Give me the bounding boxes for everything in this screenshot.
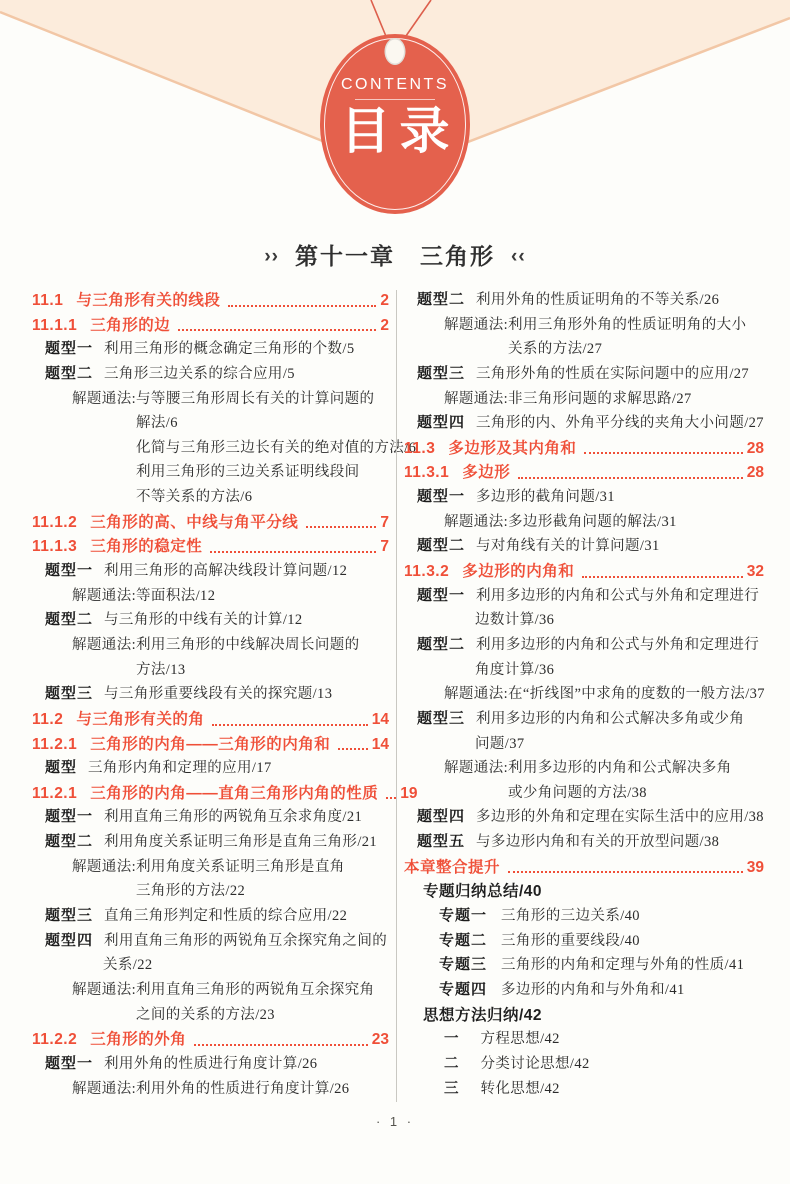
entry-label: 题型	[45, 756, 77, 777]
entry-label: 题型一	[45, 337, 93, 358]
entry-label: 专题二	[439, 929, 487, 950]
entry-text: 利用外角的性质证明角的不等关系/26	[476, 288, 719, 309]
entry-label: 题型三	[45, 682, 93, 703]
dotted-leader	[228, 305, 376, 307]
section-number: 11.3.1	[404, 464, 449, 482]
entry-text: 解题通法:非三角形问题的求解思路/27	[444, 387, 692, 408]
section-number: 11.2.1	[32, 736, 77, 754]
section-title: 与三角形有关的角	[76, 707, 204, 729]
entry-label: 题型二	[45, 362, 93, 383]
toc-entry: 解题通法:多边形截角问题的解法/31	[404, 510, 764, 535]
toc-entry: 不等关系的方法/6	[32, 485, 389, 510]
toc-entry: 题型四利用直角三角形的两锐角互余探究角之间的	[32, 929, 389, 954]
toc-entry: 解题通法:与等腰三角形周长有关的计算问题的	[32, 387, 389, 412]
section-title: 三角形的高、中线与角平分线	[90, 510, 298, 532]
contents-badge: CONTENTS 目录	[320, 34, 470, 214]
section-page-number: 23	[372, 1031, 389, 1049]
toc-entry: 题型三直角三角形判定和性质的综合应用/22	[32, 904, 389, 929]
dotted-leader	[212, 724, 367, 726]
section-number: 11.2	[32, 711, 63, 729]
toc-entry: 或少角问题的方法/38	[404, 781, 764, 806]
entry-text: 与三角形的中线有关的计算/12	[104, 608, 303, 629]
dotted-leader	[584, 452, 742, 454]
section-title: 三角形的内角——直角三角形内角的性质	[90, 781, 378, 803]
entry-text: 利用多边形的内角和公式解决多角或少角	[476, 707, 744, 728]
entry-text: 与对角线有关的计算问题/31	[476, 534, 660, 555]
entry-text: 与多边形内角和有关的开放型问题/38	[476, 830, 719, 851]
section-page-number: 7	[380, 538, 389, 556]
toc-entry: 题型二三角形三边关系的综合应用/5	[32, 362, 389, 387]
entry-text: 解题通法:多边形截角问题的解法/31	[444, 510, 677, 531]
entry-text: 利用三角形的概念确定三角形的个数/5	[104, 337, 354, 358]
toc-entry: 解题通法:利用多边形的内角和公式解决多角	[404, 756, 764, 781]
entry-label: 一	[444, 1027, 459, 1048]
toc-columns: 11.1与三角形有关的线段211.1.1三角形的边2题型一利用三角形的概念确定三…	[32, 288, 764, 1102]
entry-text: 解题通法:利用角度关系证明三角形是直角	[72, 855, 345, 876]
entry-text: 关系的方法/27	[508, 337, 602, 358]
chapter-left-mark-icon: ››	[264, 246, 279, 267]
entry-label: 三	[444, 1077, 459, 1098]
toc-section: 11.3多边形及其内角和28	[404, 436, 764, 461]
entry-label: 题型一	[417, 485, 465, 506]
entry-label: 题型五	[417, 830, 465, 851]
section-page-number: 32	[747, 563, 764, 581]
entry-label: 题型三	[45, 904, 93, 925]
badge-hole-icon	[385, 38, 406, 65]
column-divider	[396, 290, 397, 1102]
toc-section: 11.3.1多边形28	[404, 460, 764, 485]
chapter-heading: ››第十一章 三角形‹‹	[0, 238, 790, 271]
entry-label: 题型二	[45, 608, 93, 629]
entry-text: 多边形的外角和定理在实际生活中的应用/38	[476, 805, 764, 826]
toc-entry: 之间的关系的方法/23	[32, 1003, 389, 1028]
section-title: 本章整合提升	[404, 855, 500, 877]
entry-text: 方法/13	[136, 658, 186, 679]
entry-label: 专题一	[439, 904, 487, 925]
entry-label: 题型一	[45, 559, 93, 580]
entry-text: 解题通法:利用直角三角形的两锐角互余探究角	[72, 978, 374, 999]
entry-text: 关系/22	[103, 953, 153, 974]
entry-text: 利用直角三角形的两锐角互余探究角之间的	[104, 929, 387, 950]
section-number: 11.1.2	[32, 514, 77, 532]
toc-entry: 题型一利用三角形的高解决线段计算问题/12	[32, 559, 389, 584]
entry-label: 专题四	[439, 978, 487, 999]
section-number: 11.3.2	[404, 563, 449, 581]
entry-label: 题型一	[45, 805, 93, 826]
dotted-leader	[386, 797, 396, 799]
toc-entry: 题型四三角形的内、外角平分线的夹角大小问题/27	[404, 411, 764, 436]
entry-text: 利用多边形的内角和公式与外角和定理进行	[476, 584, 759, 605]
toc-entry: 题型二利用角度关系证明三角形是直角三角形/21	[32, 830, 389, 855]
section-title: 三角形的边	[90, 313, 170, 335]
dotted-leader	[582, 576, 742, 578]
entry-text: 三角形三边关系的综合应用/5	[104, 362, 295, 383]
entry-text: 分类讨论思想/42	[481, 1052, 590, 1073]
entry-text: 利用三角形的高解决线段计算问题/12	[104, 559, 347, 580]
section-title: 多边形	[462, 460, 510, 482]
toc-entry: 题型三角形内角和定理的应用/17	[32, 756, 389, 781]
toc-entry: 解题通法:利用直角三角形的两锐角互余探究角	[32, 978, 389, 1003]
dotted-leader	[210, 551, 376, 553]
entry-label: 题型二	[417, 288, 465, 309]
entry-text: 解题通法:与等腰三角形周长有关的计算问题的	[72, 387, 374, 408]
entry-text: 化简与三角形三边长有关的绝对值的方法/6	[136, 436, 416, 457]
entry-label: 题型四	[417, 411, 465, 432]
badge-divider	[355, 99, 435, 100]
toc-entry: 问题/37	[404, 732, 764, 757]
toc-entry: 题型一利用直角三角形的两锐角互余求角度/21	[32, 805, 389, 830]
entry-text: 方程思想/42	[481, 1027, 560, 1048]
toc-entry: 题型一多边形的截角问题/31	[404, 485, 764, 510]
entry-text: 解题通法:利用外角的性质进行角度计算/26	[72, 1077, 349, 1098]
toc-entry: 题型二与三角形的中线有关的计算/12	[32, 608, 389, 633]
toc-entry: 边数计算/36	[404, 608, 764, 633]
toc-entry: 题型二利用多边形的内角和公式与外角和定理进行	[404, 633, 764, 658]
entry-label: 题型四	[45, 929, 93, 950]
toc-entry: 解法/6	[32, 411, 389, 436]
dotted-leader	[178, 329, 376, 331]
toc-section: 11.1与三角形有关的线段2	[32, 288, 389, 313]
entry-text: 三角形内角和定理的应用/17	[88, 756, 272, 777]
entry-text: 解法/6	[136, 411, 178, 432]
entry-text: 问题/37	[475, 732, 525, 753]
badge-title: 目录	[332, 104, 459, 159]
toc-column-left: 11.1与三角形有关的线段211.1.1三角形的边2题型一利用三角形的概念确定三…	[32, 288, 389, 1102]
toc-section: 11.2.2三角形的外角23	[32, 1027, 389, 1052]
toc-section: 11.2.1三角形的内角——直角三角形内角的性质19	[32, 781, 389, 806]
entry-text: 解题通法:利用三角形的中线解决周长问题的	[72, 633, 360, 654]
toc-entry: 化简与三角形三边长有关的绝对值的方法/6	[32, 436, 389, 461]
toc-entry: 解题通法:利用角度关系证明三角形是直角	[32, 855, 389, 880]
entry-text: 三角形外角的性质在实际问题中的应用/27	[476, 362, 749, 383]
entry-text: 之间的关系的方法/23	[136, 1003, 275, 1024]
toc-entry: 题型一利用多边形的内角和公式与外角和定理进行	[404, 584, 764, 609]
section-page-number: 28	[747, 440, 764, 458]
dotted-leader	[306, 526, 376, 528]
toc-entry: 一方程思想/42	[404, 1027, 764, 1052]
toc-entry: 利用三角形的三边关系证明线段间	[32, 460, 389, 485]
toc-entry: 专题归纳总结/40	[404, 879, 764, 904]
dotted-leader	[194, 1044, 367, 1046]
section-number: 11.1.1	[32, 317, 77, 335]
section-number: 11.1	[32, 292, 63, 310]
entry-text: 三角形的三边关系/40	[501, 904, 640, 925]
toc-entry: 题型五与多边形内角和有关的开放型问题/38	[404, 830, 764, 855]
page-number-footer: · 1 ·	[0, 1114, 790, 1129]
entry-text: 多边形的截角问题/31	[476, 485, 615, 506]
section-page-number: 14	[372, 711, 389, 729]
toc-entry: 解题通法:等面积法/12	[32, 584, 389, 609]
toc-section: 11.2.1三角形的内角——三角形的内角和14	[32, 732, 389, 757]
toc-column-right: 题型二利用外角的性质证明角的不等关系/26解题通法:利用三角形外角的性质证明角的…	[404, 288, 764, 1102]
entry-text: 边数计算/36	[475, 608, 554, 629]
toc-entry: 关系/22	[32, 953, 389, 978]
toc-section: 11.1.2三角形的高、中线与角平分线7	[32, 510, 389, 535]
section-title: 多边形及其内角和	[448, 436, 576, 458]
toc-entry: 角度计算/36	[404, 658, 764, 683]
toc-entry: 题型四多边形的外角和定理在实际生活中的应用/38	[404, 805, 764, 830]
entry-label: 题型三	[417, 707, 465, 728]
toc-entry: 题型一利用三角形的概念确定三角形的个数/5	[32, 337, 389, 362]
entry-text: 不等关系的方法/6	[136, 485, 252, 506]
dotted-leader	[518, 477, 742, 479]
toc-entry: 思想方法归纳/42	[404, 1003, 764, 1028]
section-title: 多边形的内角和	[462, 559, 574, 581]
entry-text: 三角形的方法/22	[136, 879, 245, 900]
section-page-number: 14	[372, 736, 389, 754]
entry-text: 角度计算/36	[475, 658, 554, 679]
toc-entry: 专题一三角形的三边关系/40	[404, 904, 764, 929]
entry-text: 多边形的内角和与外角和/41	[501, 978, 685, 999]
toc-entry: 解题通法:利用外角的性质进行角度计算/26	[32, 1077, 389, 1102]
toc-section: 11.2与三角形有关的角14	[32, 707, 389, 732]
toc-entry: 方法/13	[32, 658, 389, 683]
entry-text: 三角形的内角和定理与外角的性质/41	[501, 953, 744, 974]
entry-label: 题型三	[417, 362, 465, 383]
entry-text: 解题通法:利用三角形外角的性质证明角的大小	[444, 313, 746, 334]
section-title: 三角形的外角	[90, 1027, 186, 1049]
section-page-number: 2	[380, 317, 389, 335]
entry-label: 题型一	[45, 1052, 93, 1073]
toc-entry: 专题二三角形的重要线段/40	[404, 929, 764, 954]
entry-text: 三角形的内、外角平分线的夹角大小问题/27	[476, 411, 764, 432]
entry-text: 或少角问题的方法/38	[508, 781, 647, 802]
toc-entry: 三转化思想/42	[404, 1077, 764, 1102]
section-number: 11.2.1	[32, 785, 77, 803]
toc-entry: 解题通法:在“折线图”中求角的度数的一般方法/37	[404, 682, 764, 707]
entry-text: 利用角度关系证明三角形是直角三角形/21	[104, 830, 377, 851]
section-page-number: 7	[380, 514, 389, 532]
section-title: 三角形的稳定性	[90, 534, 202, 556]
entry-label: 二	[444, 1052, 459, 1073]
section-number: 11.2.2	[32, 1031, 77, 1049]
dotted-leader	[338, 748, 367, 750]
toc-entry: 题型三利用多边形的内角和公式解决多角或少角	[404, 707, 764, 732]
toc-entry: 解题通法:非三角形问题的求解思路/27	[404, 387, 764, 412]
toc-section: 11.1.3三角形的稳定性7	[32, 534, 389, 559]
dotted-leader	[508, 871, 743, 873]
entry-text: 利用三角形的三边关系证明线段间	[136, 460, 360, 481]
entry-text: 利用外角的性质进行角度计算/26	[104, 1052, 317, 1073]
entry-text: 利用多边形的内角和公式与外角和定理进行	[476, 633, 759, 654]
entry-text: 三角形的重要线段/40	[501, 929, 640, 950]
toc-entry: 题型二利用外角的性质证明角的不等关系/26	[404, 288, 764, 313]
entry-label: 专题三	[439, 953, 487, 974]
chapter-title: 第十一章 三角形	[295, 243, 495, 269]
toc-section: 本章整合提升39	[404, 855, 764, 880]
toc-entry: 专题四多边形的内角和与外角和/41	[404, 978, 764, 1003]
entry-text: 解题通法:在“折线图”中求角的度数的一般方法/37	[444, 682, 765, 703]
toc-entry: 关系的方法/27	[404, 337, 764, 362]
section-number: 11.3	[404, 440, 435, 458]
toc-page: CONTENTS 目录 ››第十一章 三角形‹‹ 11.1与三角形有关的线段21…	[0, 0, 790, 1184]
toc-section: 11.1.1三角形的边2	[32, 313, 389, 338]
entry-text: 转化思想/42	[481, 1077, 560, 1098]
entry-label: 题型二	[417, 633, 465, 654]
section-page-number: 2	[380, 292, 389, 310]
toc-entry: 解题通法:利用三角形的中线解决周长问题的	[32, 633, 389, 658]
entry-label: 题型四	[417, 805, 465, 826]
toc-entry: 题型二与对角线有关的计算问题/31	[404, 534, 764, 559]
toc-entry: 解题通法:利用三角形外角的性质证明角的大小	[404, 313, 764, 338]
chapter-right-mark-icon: ‹‹	[511, 246, 526, 267]
section-title: 与三角形有关的线段	[76, 288, 220, 310]
toc-entry: 题型三三角形外角的性质在实际问题中的应用/27	[404, 362, 764, 387]
toc-entry: 专题三三角形的内角和定理与外角的性质/41	[404, 953, 764, 978]
section-number: 11.1.3	[32, 538, 77, 556]
entry-text: 与三角形重要线段有关的探究题/13	[104, 682, 332, 703]
entry-text: 解题通法:等面积法/12	[72, 584, 215, 605]
entry-text: 思想方法归纳/42	[423, 1003, 542, 1025]
toc-section: 11.3.2多边形的内角和32	[404, 559, 764, 584]
entry-text: 直角三角形判定和性质的综合应用/22	[104, 904, 347, 925]
toc-entry: 三角形的方法/22	[32, 879, 389, 904]
entry-label: 题型一	[417, 584, 465, 605]
toc-entry: 题型三与三角形重要线段有关的探究题/13	[32, 682, 389, 707]
section-title: 三角形的内角——三角形的内角和	[90, 732, 330, 754]
entry-text: 专题归纳总结/40	[423, 879, 542, 901]
entry-text: 解题通法:利用多边形的内角和公式解决多角	[444, 756, 732, 777]
entry-label: 题型二	[417, 534, 465, 555]
toc-entry: 二分类讨论思想/42	[404, 1052, 764, 1077]
toc-entry: 题型一利用外角的性质进行角度计算/26	[32, 1052, 389, 1077]
entry-text: 利用直角三角形的两锐角互余求角度/21	[104, 805, 362, 826]
contents-label: CONTENTS	[341, 76, 449, 94]
entry-label: 题型二	[45, 830, 93, 851]
section-page-number: 39	[747, 859, 764, 877]
section-page-number: 28	[747, 464, 764, 482]
